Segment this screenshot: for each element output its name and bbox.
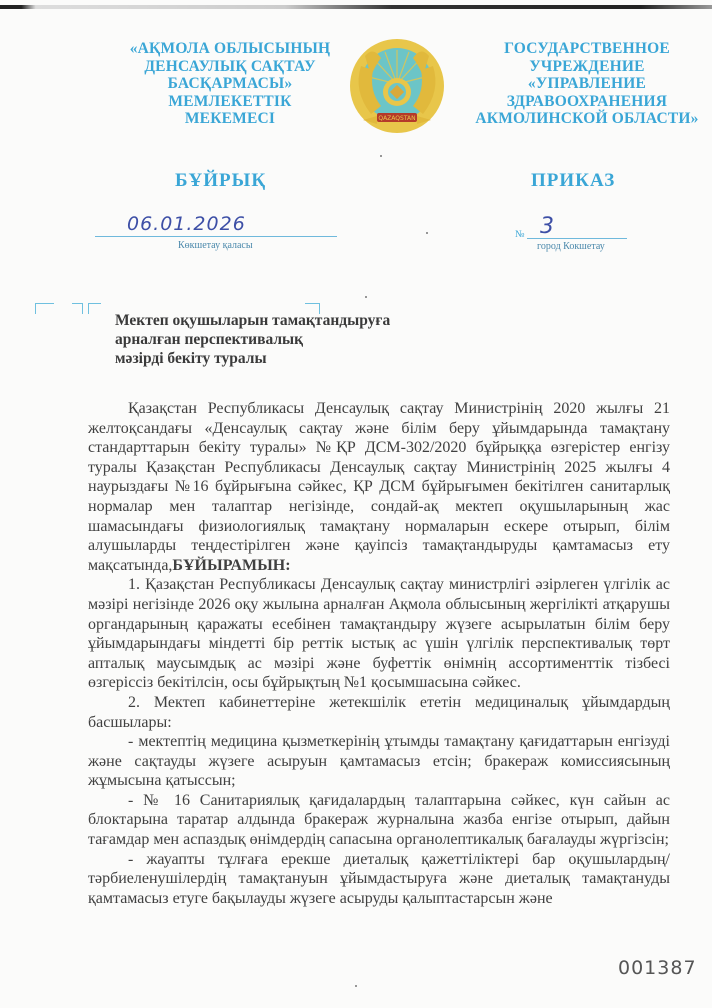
scan-speck: [380, 155, 382, 157]
handwritten-order-number: 3: [540, 214, 554, 239]
sub-item-3: - жауапты тұлғаға ерекше диеталық қажетт…: [88, 850, 670, 909]
state-emblem-icon: QAZAQSTAN: [343, 36, 451, 136]
corner-bracket: [35, 303, 54, 314]
preamble-text: Қазақстан Республикасы Денсаулық сақтау …: [88, 400, 670, 574]
corner-bracket: [88, 303, 101, 314]
order-word: БҰЙЫРАМЫН:: [172, 557, 290, 574]
org-name-ru: ГОСУДАРСТВЕННОЕ УЧРЕЖДЕНИЕ «УПРАВЛЕНИЕ З…: [462, 40, 712, 128]
document-body: Қазақстан Республикасы Денсаулық сақтау …: [88, 399, 670, 908]
org-kz-line: ДЕНСАУЛЫҚ САҚТАУ: [100, 58, 360, 76]
scan-edge-artifact: [0, 5, 712, 9]
org-kz-line: БАСҚАРМАСЫ»: [100, 75, 360, 93]
item-2: 2. Мектеп кабинеттеріне жетекшілік ететі…: [88, 693, 670, 732]
org-ru-line: «УПРАВЛЕНИЕ: [462, 75, 712, 93]
org-kz-line: «АҚМОЛА ОБЛЫСЫНЫҢ: [100, 40, 360, 58]
serial-number: 001387: [618, 957, 697, 979]
svg-text:QAZAQSTAN: QAZAQSTAN: [378, 115, 415, 122]
item-1: 1. Қазақстан Республикасы Денсаулық сақт…: [88, 575, 670, 693]
city-label-kz: Көкшетау қаласы: [178, 240, 253, 251]
org-kz-line: МЕМЛЕКЕТТІК: [100, 93, 360, 111]
city-label-ru: город Кокшетау: [537, 241, 605, 252]
org-ru-line: АКМОЛИНСКОЙ ОБЛАСТИ»: [462, 110, 712, 128]
corner-bracket: [72, 303, 83, 314]
preamble-paragraph: Қазақстан Республикасы Денсаулық сақтау …: [88, 399, 670, 575]
number-sign: №: [515, 229, 525, 240]
title-line: мәзірді бекіту туралы: [115, 349, 415, 368]
sub-item-1: - мектептің медицина қызметкерінің ұтымд…: [88, 732, 670, 791]
sub-item-2: - № 16 Санитариялық қағидалардың талапта…: [88, 791, 670, 850]
date-underline: [95, 236, 337, 237]
scan-speck: [426, 232, 428, 234]
org-ru-line: ГОСУДАРСТВЕННОЕ: [462, 40, 712, 58]
scan-speck: [355, 985, 357, 987]
org-name-kz: «АҚМОЛА ОБЛЫСЫНЫҢ ДЕНСАУЛЫҚ САҚТАУ БАСҚА…: [100, 40, 360, 128]
number-underline: [527, 238, 627, 239]
title-line: арналған перспективалық: [115, 330, 415, 349]
handwritten-date: 06.01.2026: [127, 213, 246, 235]
org-ru-line: ЗДРАВООХРАНЕНИЯ: [462, 93, 712, 111]
org-kz-line: МЕКЕМЕСІ: [100, 110, 360, 128]
doc-type-kz: БҰЙРЫҚ: [175, 170, 266, 192]
scan-speck: [365, 296, 367, 298]
doc-type-ru: ПРИКАЗ: [531, 170, 615, 192]
title-line: Мектеп оқушыларын тамақтандыруға: [115, 311, 415, 330]
document-title: Мектеп оқушыларын тамақтандыруға арналға…: [115, 311, 415, 368]
org-ru-line: УЧРЕЖДЕНИЕ: [462, 58, 712, 76]
